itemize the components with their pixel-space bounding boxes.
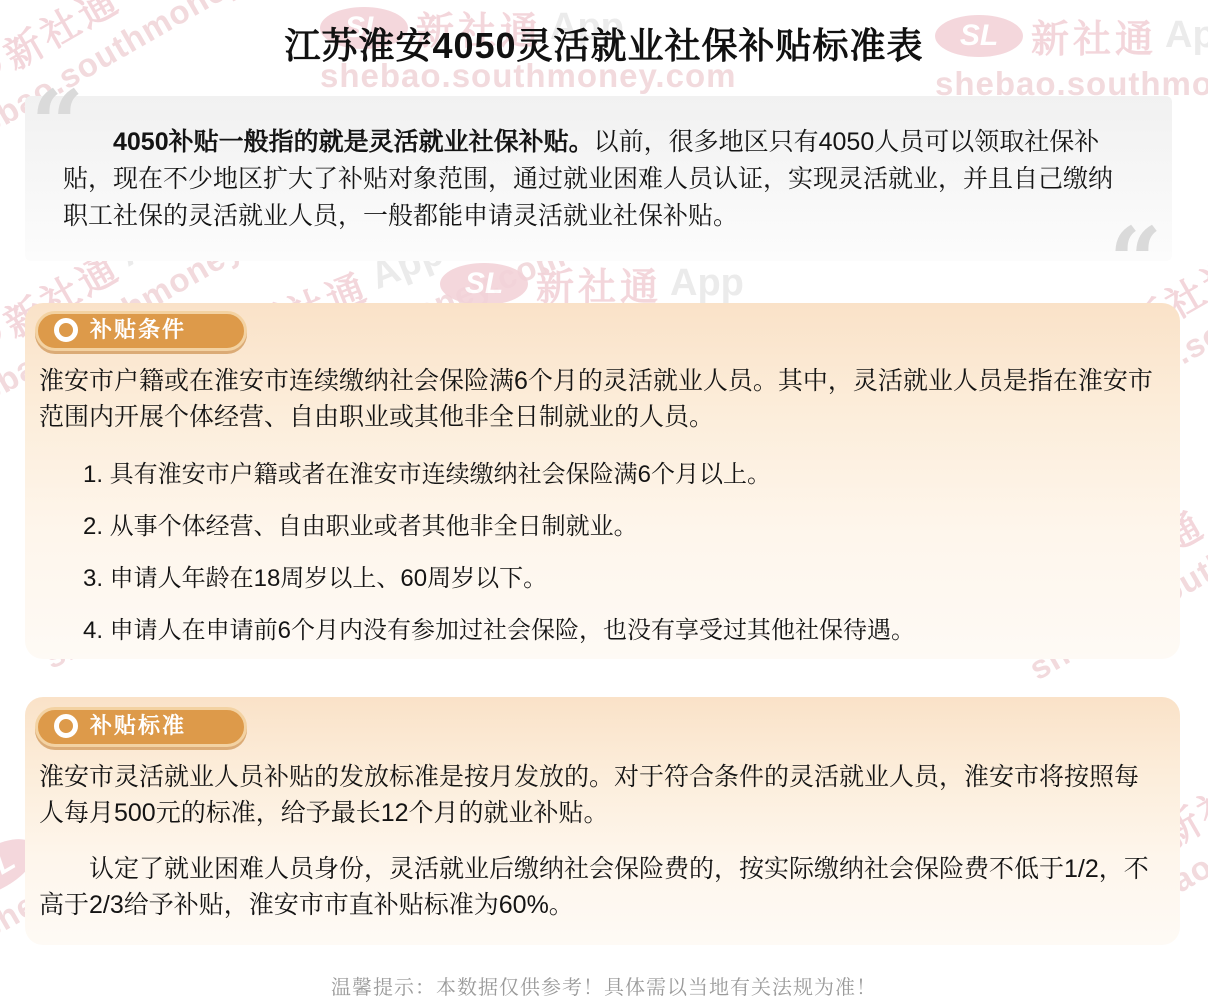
list-item: 3. 申请人年龄在18周岁以上、60周岁以下。 xyxy=(83,566,1156,591)
badge-label: 补贴标准 xyxy=(90,713,186,739)
section-subsidy-conditions: 补贴条件 淮安市户籍或在淮安市连续缴纳社会保险满6个月的灵活就业人员。其中，灵活… xyxy=(25,303,1180,659)
badge-label: 补贴条件 xyxy=(90,317,186,343)
intro-lead-bold: 4050补贴一般指的就是灵活就业社保补贴。 xyxy=(113,128,594,156)
close-quote-icon: “ xyxy=(1109,231,1162,291)
open-quote-icon: “ xyxy=(31,94,84,154)
list-item: 4. 申请人在申请前6个月内没有参加过社会保险，也没有享受过其他社保待遇。 xyxy=(83,618,1156,643)
intro-text: 4050补贴一般指的就是灵活就业社保补贴。以前，很多地区只有4050人员可以领取… xyxy=(63,124,1134,235)
list-item: 2. 从事个体经营、自由职业或者其他非全日制就业。 xyxy=(83,514,1156,539)
list-item: 1. 具有淮安市户籍或者在淮安市连续缴纳社会保险满6个月以上。 xyxy=(83,462,1156,487)
standard-paragraph: 淮安市灵活就业人员补贴的发放标准是按月发放的。对于符合条件的灵活就业人员，淮安市… xyxy=(33,759,1170,831)
page-title: 江苏淮安4050灵活就业社保补贴标准表 xyxy=(0,22,1208,70)
footer-note: 温馨提示：本数据仅供参考！具体需以当地有关法规为准！ xyxy=(0,971,1208,1000)
article-page: 江苏淮安4050灵活就业社保补贴标准表 “ 4050补贴一般指的就是灵活就业社保… xyxy=(0,22,1208,1000)
section-badge-standard: 补贴标准 xyxy=(35,707,247,747)
standard-paragraph: 认定了就业困难人员身份，灵活就业后缴纳社会保险费的，按实际缴纳社会保险费不低于1… xyxy=(33,851,1170,923)
section-subsidy-standard: 补贴标准 淮安市灵活就业人员补贴的发放标准是按月发放的。对于符合条件的灵活就业人… xyxy=(25,697,1180,945)
conditions-intro-text: 淮安市户籍或在淮安市连续缴纳社会保险满6个月的灵活就业人员。其中，灵活就业人员是… xyxy=(33,363,1170,435)
section-badge-conditions: 补贴条件 xyxy=(35,311,247,351)
ring-icon xyxy=(54,714,78,738)
ring-icon xyxy=(54,318,78,342)
intro-quote-box: “ 4050补贴一般指的就是灵活就业社保补贴。以前，很多地区只有4050人员可以… xyxy=(25,96,1172,261)
conditions-list: 1. 具有淮安市户籍或者在淮安市连续缴纳社会保险满6个月以上。 2. 从事个体经… xyxy=(33,462,1170,643)
